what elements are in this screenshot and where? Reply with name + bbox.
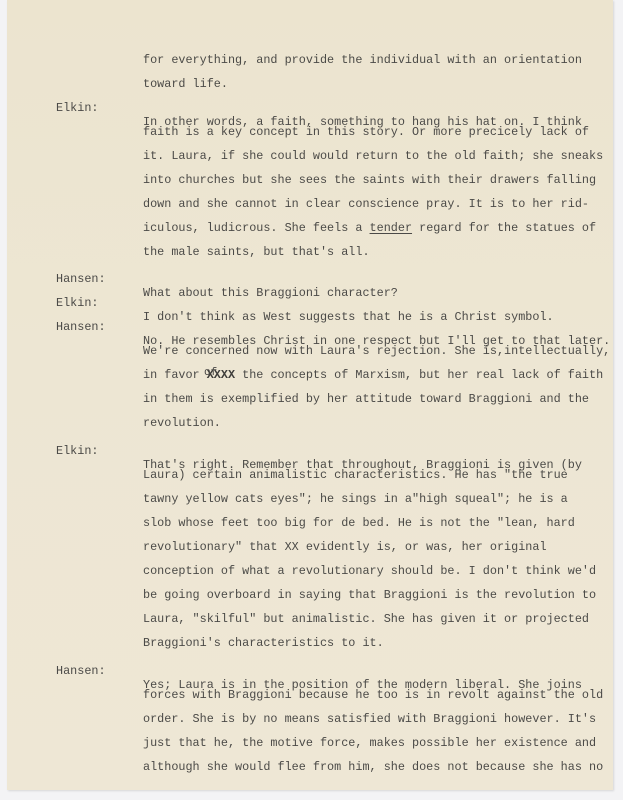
line-text: in them is exemplified by her attitude t… [143,392,589,406]
line-text: just that he, the motive force, makes po… [143,736,596,750]
text-segment: in favor [143,368,207,382]
underlined-word: tender [370,221,412,235]
line-text: revolutionary" that XX evidently is, or … [143,540,547,554]
line-text: slob whose feet too big for de bed. He i… [143,516,575,530]
line-text: down and she cannot in clear conscience … [143,197,589,211]
dialogue-line: although she would flee from him, she do… [7,746,35,788]
line-text: What about this Braggioni character? [143,286,398,300]
line-text: Braggioni's characteristics to it. [143,636,384,650]
line-text: Laura, "skilful" but animalistic. She ha… [143,612,589,626]
text-segment: the concepts of Marxism, but her real la… [235,368,603,382]
line-text: into churches but she sees the saints wi… [143,173,596,187]
line-text: it. Laura, if she could would return to … [143,149,603,163]
typewritten-page: for everything, and provide the individu… [7,0,613,790]
line-text: forces with Braggioni because he too is … [143,688,603,702]
speaker-label: Hansen: [56,320,106,334]
speaker-label: Elkin: [56,101,98,115]
line-text: the male saints, but that's all. [143,245,370,259]
line-text: faith is a key concept in this story. Or… [143,125,589,139]
line-text: I don't think as West suggests that he i… [143,310,554,324]
line-text: We're concerned now with Laura's rejecti… [143,344,610,358]
line-text: be going overboard in saying that Braggi… [143,588,596,602]
line-text: revolution. [143,416,221,430]
line-text: Laura) certain animalistic characteristi… [143,468,568,482]
speaker-label: Elkin: [56,296,98,310]
line-text: although she would flee from him, she do… [143,760,603,774]
line-text: for everything, and provide the individu… [143,53,582,67]
line-text-with-underline: iculous, ludicrous. She feels a tender r… [143,221,596,235]
speaker-label: Hansen: [56,664,106,678]
line-text: toward life. [143,77,228,91]
line-text: tawny yellow cats eyes"; he sings in a"h… [143,492,568,506]
line-text: conception of what a revolutionary shoul… [143,564,596,578]
text-segment: regard for the statues of [412,221,596,235]
text-segment: iculous, ludicrous. She feels a [143,221,370,235]
line-text: order. She is by no means satisfied with… [143,712,596,726]
speaker-label: Elkin: [56,444,98,458]
speaker-label: Hansen: [56,272,106,286]
interlinear-insert: of [204,366,217,380]
